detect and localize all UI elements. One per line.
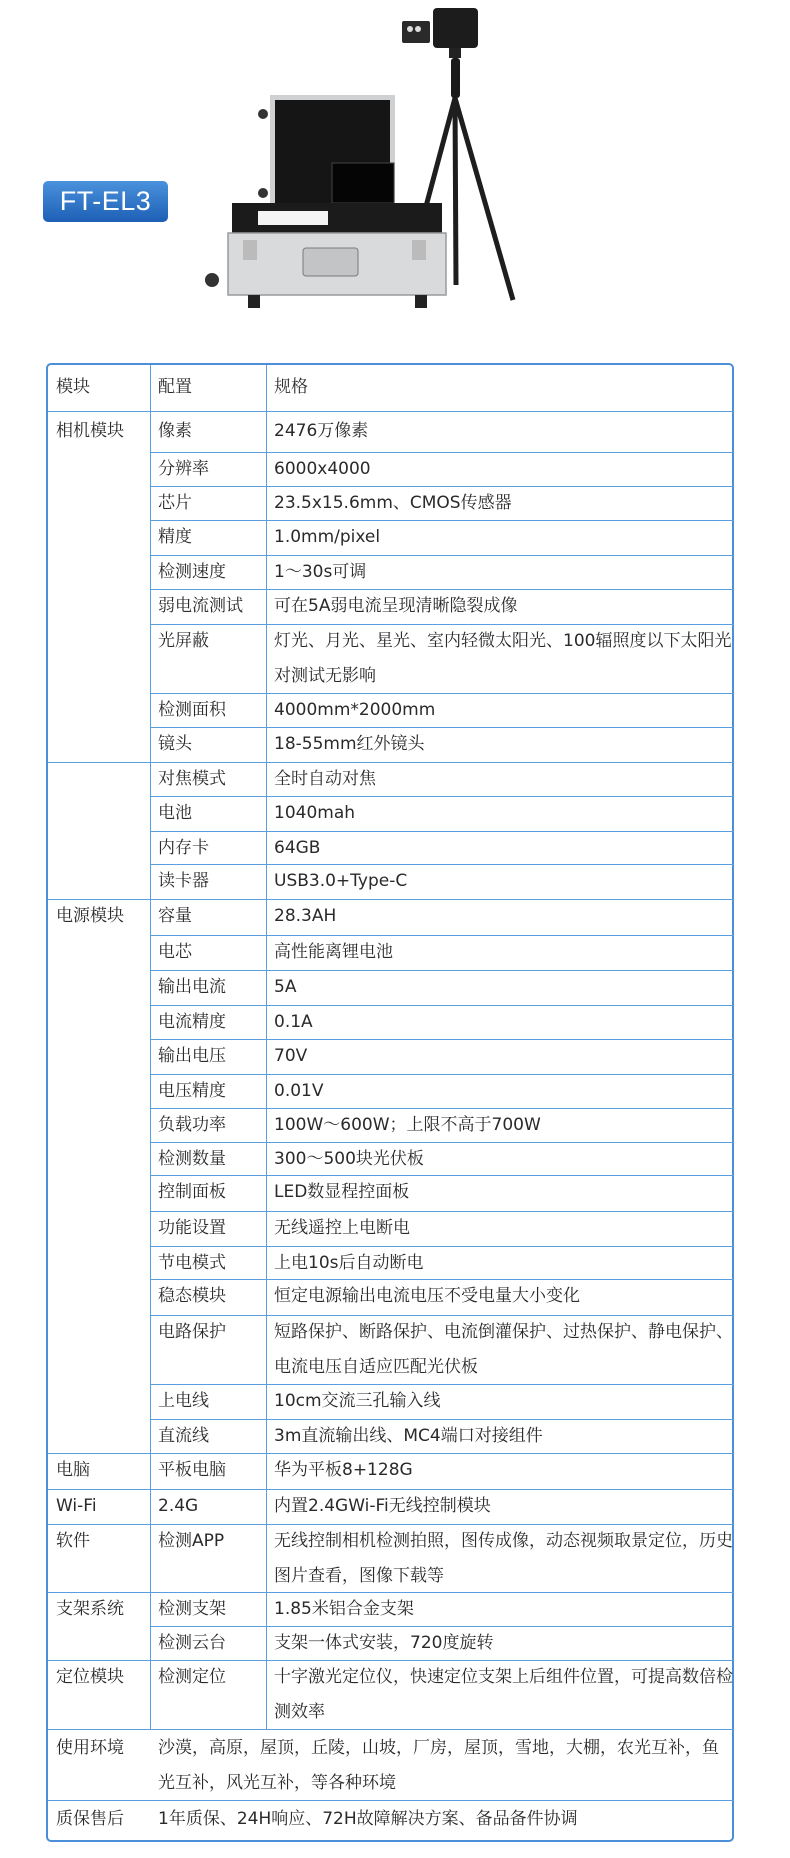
config-cell: 读卡器 [150, 864, 266, 899]
spec-cell: 1～30s可调 [266, 555, 734, 590]
config-cell: 对焦模式 [150, 762, 266, 797]
spec-cell: 18-55mm红外镜头 [266, 727, 734, 762]
grid-line [150, 452, 734, 453]
grid-line [266, 365, 267, 1729]
grid-line [150, 1419, 734, 1420]
spec-cell: 300～500块光伏板 [266, 1142, 734, 1177]
spec-cell: 28.3AH [266, 899, 734, 934]
config-cell: 负载功率 [150, 1108, 266, 1143]
module-cell: 软件 [48, 1524, 150, 1559]
grid-line [150, 935, 734, 936]
module-cell: 定位模块 [48, 1660, 150, 1695]
spec-cell: 64GB [266, 831, 734, 866]
header-config: 配置 [150, 370, 266, 405]
spec-cell: 100W～600W；上限不高于700W [266, 1108, 734, 1143]
grid-line [48, 1800, 734, 1801]
spec-cell: 2476万像素 [266, 414, 734, 449]
config-cell: 检测云台 [150, 1626, 266, 1661]
config-cell: 检测定位 [150, 1660, 266, 1695]
config-cell: 直流线 [150, 1419, 266, 1454]
module-cell: 支架系统 [48, 1592, 150, 1627]
spec-cell: 6000x4000 [266, 452, 734, 487]
spec-cell: 灯光、月光、星光、室内轻微太阳光、100辐照度以下太阳光对测试无影响 [266, 624, 734, 694]
grid-line [150, 1279, 734, 1280]
config-cell: 检测速度 [150, 555, 266, 590]
grid-line [150, 589, 734, 590]
module-cell: Wi-Fi [48, 1489, 150, 1524]
config-cell: 输出电流 [150, 970, 266, 1005]
spec-cell: 0.01V [266, 1074, 734, 1109]
config-cell: 平板电脑 [150, 1453, 266, 1488]
module-cell: 质保售后 [48, 1802, 150, 1837]
spec-cell: 3m直流输出线、MC4端口对接组件 [266, 1419, 734, 1454]
grid-line [150, 1142, 734, 1143]
spec-cell: 1.85米铝合金支架 [266, 1592, 734, 1627]
merged-value-cell: 沙漠，高原，屋顶，丘陵，山坡，厂房，屋顶，雪地，大棚，农光互补，鱼光互补，风光互… [150, 1731, 734, 1801]
grid-line [150, 864, 734, 865]
config-cell: 控制面板 [150, 1175, 266, 1210]
spec-cell: 高性能离锂电池 [266, 935, 734, 970]
grid-line [150, 831, 734, 832]
spec-cell: 内置2.4GWi-Fi无线控制模块 [266, 1489, 734, 1524]
grid-line [150, 1626, 734, 1627]
config-cell: 节电模式 [150, 1246, 266, 1281]
grid-line [150, 1315, 734, 1316]
config-cell: 电流精度 [150, 1005, 266, 1040]
spec-cell: 上电10s后自动断电 [266, 1246, 734, 1281]
grid-line [150, 520, 734, 521]
module-cell: 相机模块 [48, 414, 150, 449]
config-cell: 功能设置 [150, 1211, 266, 1246]
grid-line [150, 555, 734, 556]
config-cell: 精度 [150, 520, 266, 555]
merged-value-cell: 1年质保、24H响应、72H故障解决方案、备品备件协调 [150, 1802, 734, 1837]
header-spec: 规格 [266, 370, 736, 405]
spec-cell: 23.5x15.6mm、CMOS传感器 [266, 486, 734, 521]
grid-line [150, 727, 734, 728]
grid-line [150, 1005, 734, 1006]
spec-cell: 十字激光定位仪，快速定位支架上后组件位置，可提高数倍检测效率 [266, 1660, 734, 1730]
spec-cell: USB3.0+Type-C [266, 864, 734, 899]
config-cell: 上电线 [150, 1384, 266, 1419]
spec-cell: 70V [266, 1039, 734, 1074]
config-cell: 电芯 [150, 935, 266, 970]
config-cell: 内存卡 [150, 831, 266, 866]
spec-cell: 1.0mm/pixel [266, 520, 734, 555]
grid-line [150, 1074, 734, 1075]
config-cell: 像素 [150, 414, 266, 449]
spec-cell: LED数显程控面板 [266, 1175, 734, 1210]
spec-cell: 4000mm*2000mm [266, 693, 734, 728]
spec-cell: 短路保护、断路保护、电流倒灌保护、过热保护、静电保护、电流电压自适应匹配光伏板 [266, 1315, 734, 1385]
config-cell: 弱电流测试 [150, 589, 266, 624]
config-cell: 电路保护 [150, 1315, 266, 1350]
grid-line [150, 486, 734, 487]
config-cell: 容量 [150, 899, 266, 934]
grid-line [150, 1211, 734, 1212]
config-cell: 检测支架 [150, 1592, 266, 1627]
spec-table: 模块配置规格相机模块像素2476万像素分辨率6000x4000芯片23.5x15… [46, 363, 734, 1842]
spec-cell: 可在5A弱电流呈现清晰隐裂成像 [266, 589, 734, 624]
grid-line [150, 1246, 734, 1247]
grid-line [150, 365, 151, 1729]
config-cell: 检测数量 [150, 1142, 266, 1177]
module-cell: 使用环境 [48, 1731, 150, 1766]
module-cell: 电源模块 [48, 899, 150, 934]
spec-cell: 0.1A [266, 1005, 734, 1040]
spec-cell: 华为平板8+128G [266, 1453, 734, 1488]
spec-cell: 无线控制相机检测拍照，图传成像，动态视频取景定位，历史图片查看，图像下载等 [266, 1524, 734, 1594]
grid-line [48, 1729, 734, 1730]
config-cell: 输出电压 [150, 1039, 266, 1074]
config-cell: 光屏蔽 [150, 624, 266, 659]
config-cell: 稳态模块 [150, 1279, 266, 1314]
product-image [195, 0, 525, 320]
case-icon [205, 95, 446, 308]
spec-cell: 支架一体式安装，720度旋转 [266, 1626, 734, 1661]
grid-line [150, 1175, 734, 1176]
config-cell: 电压精度 [150, 1074, 266, 1109]
spec-cell: 无线遥控上电断电 [266, 1211, 734, 1246]
grid-line [150, 1108, 734, 1109]
spec-cell: 10cm交流三孔输入线 [266, 1384, 734, 1419]
config-cell: 检测APP [150, 1524, 266, 1559]
spec-cell: 5A [266, 970, 734, 1005]
config-cell: 镜头 [150, 727, 266, 762]
config-cell: 分辨率 [150, 452, 266, 487]
header-module: 模块 [48, 370, 150, 405]
grid-line [150, 1039, 734, 1040]
module-cell: 电脑 [48, 1453, 150, 1488]
model-badge: FT-EL3 [43, 181, 168, 222]
config-cell: 2.4G [150, 1489, 266, 1524]
grid-line [150, 970, 734, 971]
grid-line [150, 1384, 734, 1385]
spec-cell: 全时自动对焦 [266, 762, 734, 797]
grid-line [150, 693, 734, 694]
config-cell: 芯片 [150, 486, 266, 521]
spec-cell: 恒定电源输出电流电压不受电量大小变化 [266, 1279, 734, 1314]
config-cell: 检测面积 [150, 693, 266, 728]
spec-cell: 1040mah [266, 796, 734, 831]
config-cell: 电池 [150, 796, 266, 831]
grid-line [150, 796, 734, 797]
grid-line [150, 624, 734, 625]
